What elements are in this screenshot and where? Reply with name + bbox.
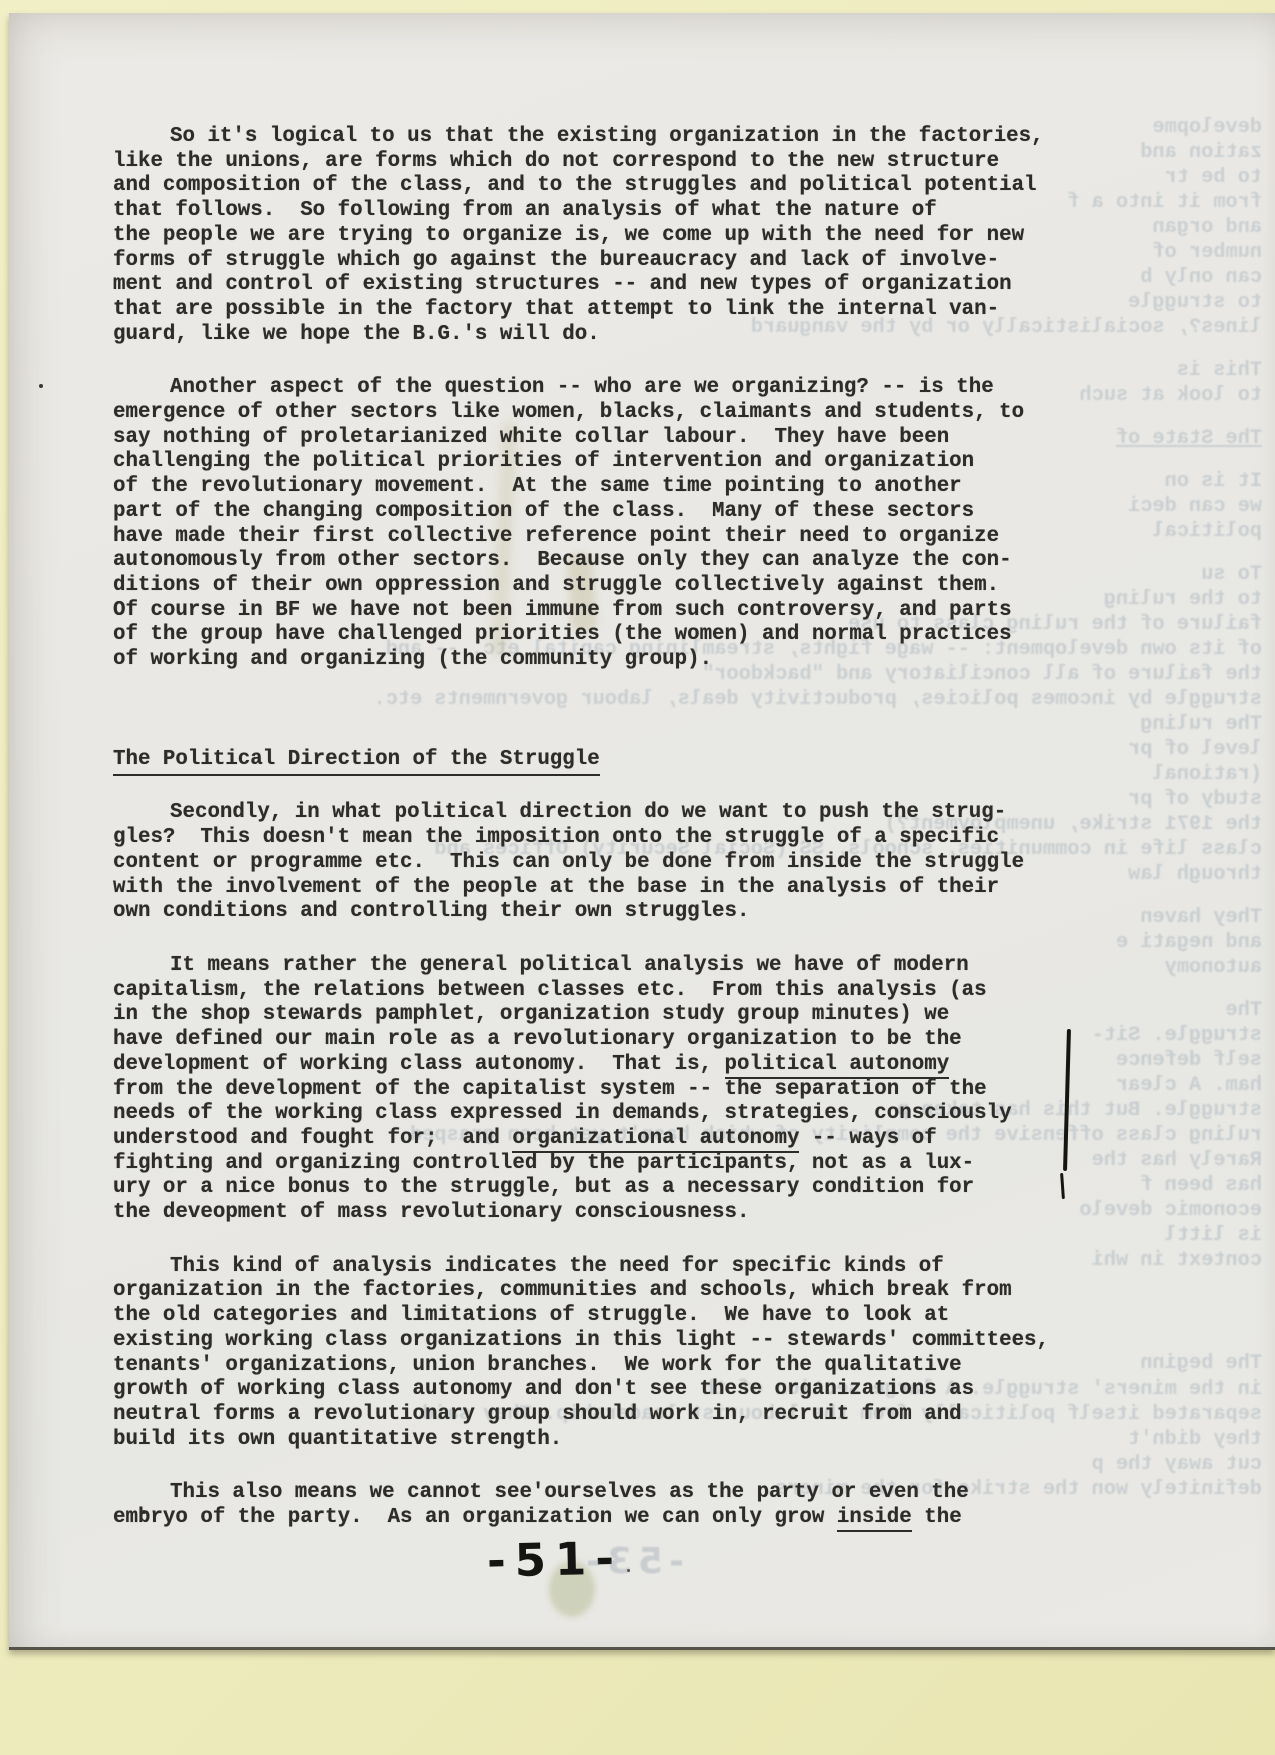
typed-text-block: So it's logical to us that the existing … [113, 125, 1193, 1560]
text-line: emergence of other sectors like women, b… [113, 401, 1193, 426]
paragraph: So it's logical to us that the existing … [113, 125, 1193, 347]
bleed-text-fragment: The [1225, 999, 1262, 1022]
text-line: the old categories and limitations of st… [113, 1304, 1193, 1329]
text-line: that are possible in the factory that at… [113, 298, 1193, 323]
text-line: of the group have challenged priorities … [113, 623, 1193, 648]
text-line: organization in the factories, communiti… [113, 1279, 1193, 1304]
text-line: capitalism, the relations between classe… [113, 979, 1193, 1004]
text-line: This kind of analysis indicates the need… [113, 1255, 1193, 1280]
text-line: in the shop stewards pamphlet, organizat… [113, 1003, 1193, 1028]
text-line: This also means we cannot see'ourselves … [113, 1481, 1193, 1506]
underlined-phrase: organizational autonomy [512, 1127, 799, 1153]
text-line: gles? This doesn't mean the imposition o… [113, 826, 1193, 851]
text-line: the people we are trying to organize is,… [113, 224, 1193, 249]
paragraph: Another aspect of the question -- who ar… [113, 376, 1193, 672]
text-line: the deveopment of mass revolutionary con… [113, 1201, 1193, 1226]
text-line: content or programme etc. This can only … [113, 851, 1193, 876]
text-line: forms of struggle which go against the b… [113, 249, 1193, 274]
paragraph: This also means we cannot see'ourselves … [113, 1481, 1193, 1530]
text-line: So it's logical to us that the existing … [113, 125, 1193, 150]
text-line: ment and control of existing structures … [113, 273, 1193, 298]
text-line: own conditions and controlling their own… [113, 900, 1193, 925]
text-line: Of course in BF we have not been immune … [113, 599, 1193, 624]
text-line: existing working class organizations in … [113, 1329, 1193, 1354]
text-line: embryo of the party. As an organization … [113, 1506, 1193, 1531]
text-line: like the unions, are forms which do not … [113, 150, 1193, 175]
text-line: It means rather the general political an… [113, 954, 1193, 979]
text-line: tenants' organizations, union branches. … [113, 1354, 1193, 1379]
text-line: understood and fought for; and organizat… [113, 1127, 1193, 1152]
text-line: guard, like we hope the B.G.'s will do. [113, 323, 1193, 348]
text-line: development of working class autonomy. T… [113, 1053, 1193, 1078]
text-line: that follows. So following from an analy… [113, 199, 1193, 224]
text-line: say nothing of proletarianized white col… [113, 426, 1193, 451]
text-line: fighting and organizing controlled by th… [113, 1152, 1193, 1177]
text-line: part of the changing composition of the … [113, 500, 1193, 525]
text-line: build its own quantitative strength. [113, 1428, 1193, 1453]
text-line: neutral forms a revolutionary group shou… [113, 1403, 1193, 1428]
text-line: with the involvement of the people at th… [113, 876, 1193, 901]
underlined-phrase: inside [837, 1506, 912, 1532]
text-line: ury or a nice bonus to the struggle, but… [113, 1176, 1193, 1201]
text-line: Secondly, in what political direction do… [113, 801, 1193, 826]
text-line: have defined our main role as a revoluti… [113, 1028, 1193, 1053]
text-line: Another aspect of the question -- who ar… [113, 376, 1193, 401]
underlined-phrase: political autonomy [725, 1053, 950, 1079]
paragraph: It means rather the general political an… [113, 954, 1193, 1226]
section-heading: The Political Direction of the Struggle [113, 748, 600, 777]
text-line: challenging the political priorities of … [113, 450, 1193, 475]
bleedthrough-page-number: -53- [580, 1541, 684, 1582]
text-line: growth of working class autonomy and don… [113, 1378, 1193, 1403]
paper-speck [39, 384, 43, 388]
text-line: needs of the working class expressed in … [113, 1102, 1193, 1127]
text-line: of the revolutionary movement. At the sa… [113, 475, 1193, 500]
text-line: ditions of their own oppression and stru… [113, 574, 1193, 599]
text-line: and composition of the class, and to the… [113, 174, 1193, 199]
paragraph: Secondly, in what political direction do… [113, 801, 1193, 925]
text-line: have made their first collective referen… [113, 525, 1193, 550]
text-line: autonomously from other sectors. Because… [113, 549, 1193, 574]
text-line: of working and organizing (the community… [113, 648, 1193, 673]
paragraph: This kind of analysis indicates the need… [113, 1255, 1193, 1453]
bleed-text-fragment: To su [1201, 563, 1262, 586]
text-line: from the development of the capitalist s… [113, 1078, 1193, 1103]
scanned-page: developmezation andto be trfrom it into … [9, 13, 1275, 1650]
